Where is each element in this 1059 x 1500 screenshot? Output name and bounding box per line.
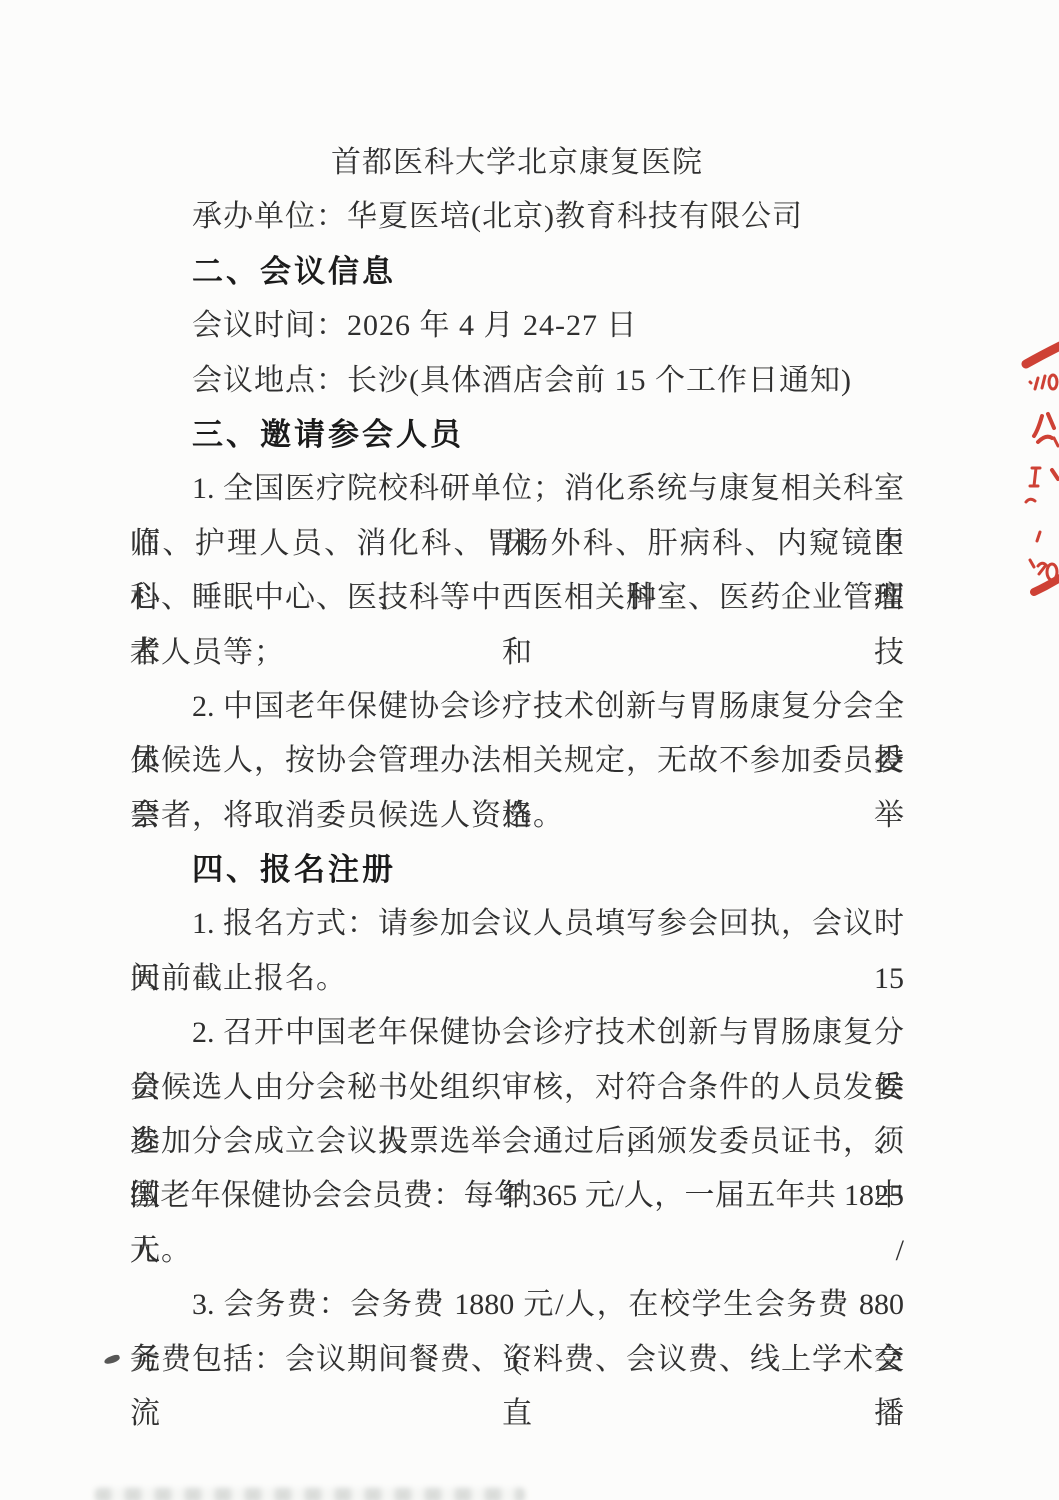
invitees-item1-line1: 1. 全国医疗院校科研单位；消化系统与康复相关科室临床医 [130, 462, 904, 516]
document-body: 首都医科大学北京康复医院 承办单位：华夏医培(北京)教育科技有限公司 二、会议信… [130, 136, 904, 1387]
scanned-document-page: 首都医科大学北京康复医院 承办单位：华夏医培(北京)教育科技有限公司 二、会议信… [0, 0, 1059, 1500]
registration-item2-line2: 员候选人由分会秘书处组织审核，对符合条件的人员发候选人函、 [130, 1061, 904, 1115]
registration-item3-line1: 3. 会务费：会务费 1880 元/人，在校学生会务费 880 元(会 [130, 1278, 904, 1332]
invitees-item1-line2: 师、护理人员、消化科、胃肠外科、肝病科、内窥镜中心、肿瘤 [130, 517, 904, 571]
meeting-time-line: 会议时间：2026 年 4 月 24-27 日 [130, 299, 904, 353]
section4-heading: 四、报名注册 [130, 843, 904, 897]
organizer-line: 承办单位：华夏医培(北京)教育科技有限公司 [130, 190, 904, 244]
ink-smudge-mark [103, 1354, 120, 1366]
scan-artifact-bottom-strip [95, 1488, 525, 1500]
meeting-location-line: 会议地点：长沙(具体酒店会前 15 个工作日通知) [130, 354, 904, 408]
registration-item2-line1: 2. 召开中国老年保健协会诊疗技术创新与胃肠康复分会委 [130, 1006, 904, 1060]
invitees-item1-line3: 科、睡眠中心、医技科等中西医相关科室、医药企业管理者和技 [130, 571, 904, 625]
registration-item2-line4: 国老年保健协会会员费：每年 365 元/人，一届五年共 1825 元/ [130, 1169, 904, 1223]
section3-heading: 三、邀请参会人员 [130, 408, 904, 462]
hospital-name-line: 首都医科大学北京康复医院 [130, 136, 904, 190]
registration-item1-line1: 1. 报名方式：请参加会议人员填写参会回执，会议时间 15 [130, 897, 904, 951]
invitees-item2-line2: 员候选人，按协会管理办法相关规定，无故不参加委员投票选举 [130, 734, 904, 788]
registration-item3-line2: 务费包括：会议期间餐费、资料费、会议费、线上学术交流直播 [130, 1333, 904, 1387]
section2-heading: 二、会议信息 [130, 245, 904, 299]
red-seal-stamp [1000, 320, 1059, 600]
invitees-item2-line1: 2. 中国老年保健协会诊疗技术创新与胃肠康复分会全体委 [130, 680, 904, 734]
registration-item2-line3: 参加分会成立会议投票选举会通过后，颁发委员证书，须缴纳中 [130, 1115, 904, 1169]
